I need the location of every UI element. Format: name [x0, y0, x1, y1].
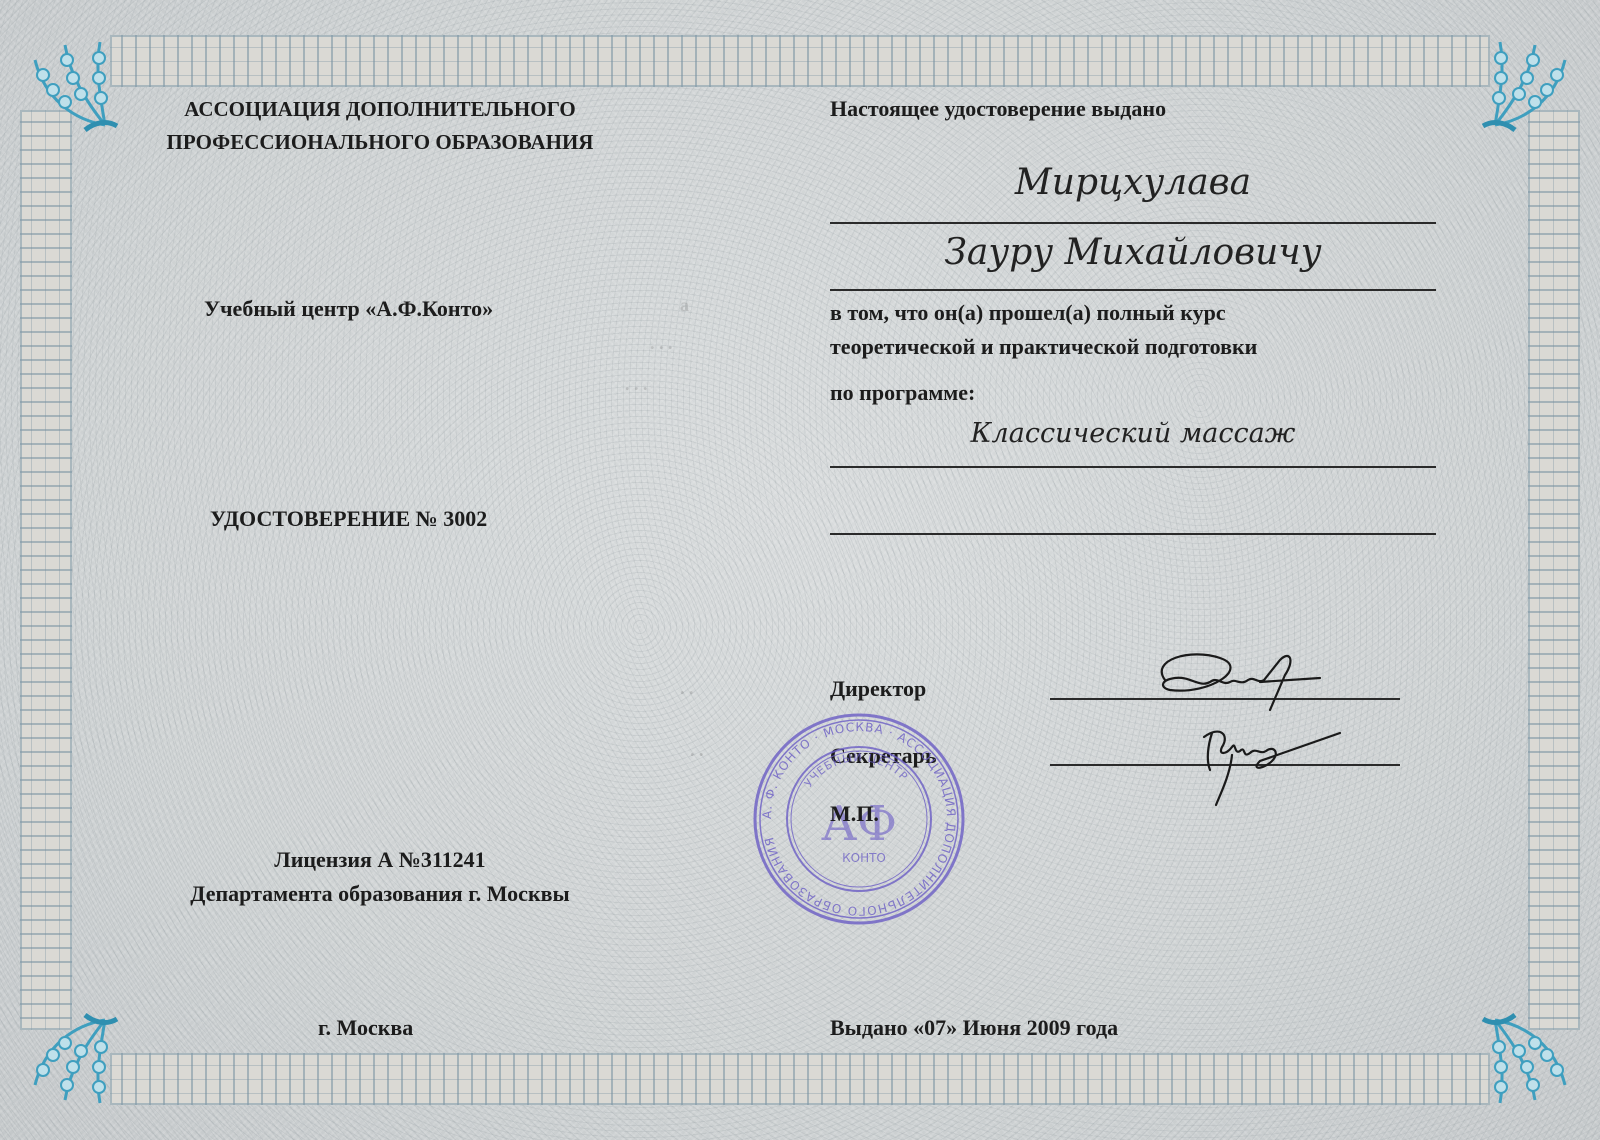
statement-line-2: теоретической и практической подготовки	[830, 330, 1257, 364]
border-right	[1528, 110, 1580, 1030]
license-number: Лицензия А №311241	[130, 843, 630, 877]
license-block: Лицензия А №311241 Департамента образова…	[130, 843, 630, 911]
statement-line-1: в том, что он(а) прошел(а) полный курс	[830, 296, 1257, 330]
association-line-2: ПРОФЕССИОНАЛЬНОГО ОБРАЗОВАНИЯ	[130, 126, 630, 159]
wheat-ornament-icon	[1475, 30, 1585, 140]
border-bottom	[110, 1053, 1490, 1105]
svg-text:КОНТО: КОНТО	[842, 851, 886, 865]
program-name: Классический массаж	[830, 418, 1436, 449]
secretary-signature	[1190, 715, 1370, 810]
program-underline	[830, 466, 1436, 468]
program-underline-2	[830, 533, 1436, 535]
director-signature	[1130, 640, 1350, 720]
recipient-given-names: Зауру Михайловичу	[830, 232, 1436, 273]
training-center-name: Учебный центр «А.Ф.Конто»	[204, 293, 493, 325]
seal-label: М.П.	[830, 798, 879, 830]
ghost-text: . .	[690, 740, 704, 761]
director-label: Директор	[830, 673, 926, 705]
recipient-surname: Мирцхулава	[830, 162, 1436, 203]
issue-city: г. Москва	[318, 1012, 413, 1044]
certificate-sheet: АССОЦИАЦИЯ ДОПОЛНИТЕЛЬНОГО ПРОФЕССИОНАЛЬ…	[0, 0, 1600, 1140]
ghost-text: . . .	[650, 333, 673, 354]
wheat-ornament-icon	[15, 30, 125, 140]
license-authority: Департамента образования г. Москвы	[130, 877, 630, 911]
ghost-text: а	[680, 295, 689, 316]
ghost-text: . .	[680, 678, 694, 699]
association-line-1: АССОЦИАЦИЯ ДОПОЛНИТЕЛЬНОГО	[130, 93, 630, 126]
association-title: АССОЦИАЦИЯ ДОПОЛНИТЕЛЬНОГО ПРОФЕССИОНАЛЬ…	[130, 93, 630, 159]
given-names-underline	[830, 289, 1436, 291]
program-label: по программе:	[830, 377, 975, 409]
certificate-number: УДОСТОВЕРЕНИЕ № 3002	[210, 503, 487, 535]
course-statement: в том, что он(а) прошел(а) полный курс т…	[830, 296, 1257, 364]
ghost-text: . . .	[625, 374, 648, 395]
border-left	[20, 110, 72, 1030]
issued-to-label: Настоящее удостоверение выдано	[830, 93, 1166, 125]
border-top	[110, 35, 1490, 87]
wheat-ornament-icon	[15, 1005, 125, 1115]
issue-date: Выдано «07» Июня 2009 года	[830, 1012, 1118, 1044]
wheat-ornament-icon	[1475, 1005, 1585, 1115]
surname-underline	[830, 222, 1436, 224]
